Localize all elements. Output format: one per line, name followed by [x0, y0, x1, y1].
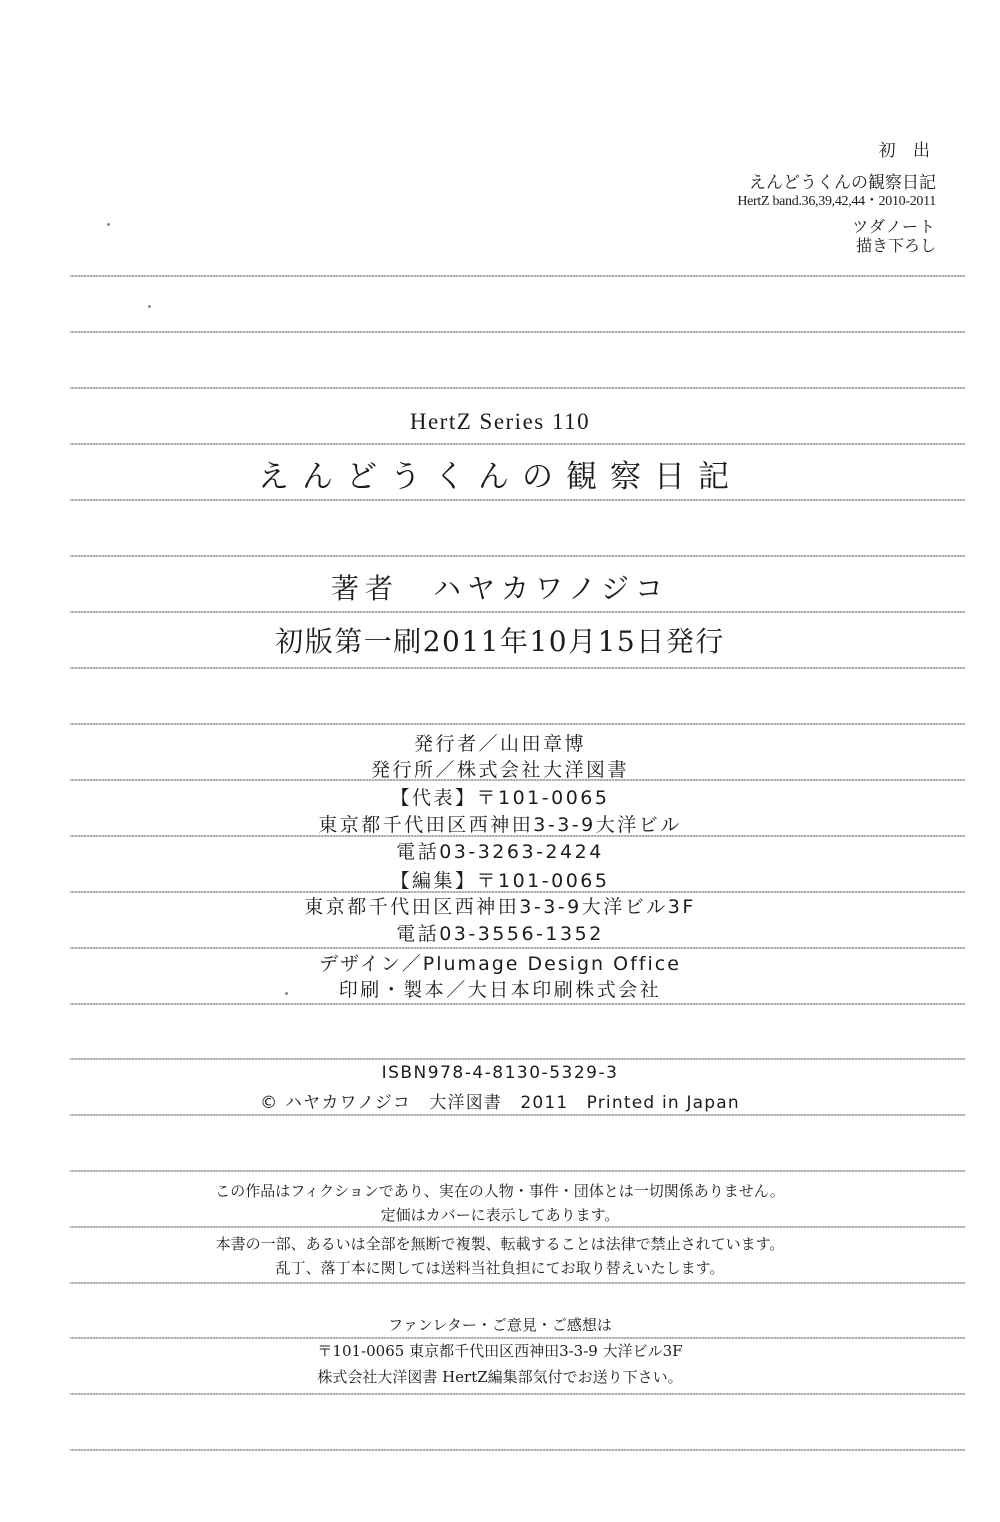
ruled-line	[70, 667, 965, 669]
fan-letter-recipient: 株式会社大洋図書 HertZ編集部気付でお送り下さい。	[0, 1366, 1000, 1387]
ruled-line	[70, 443, 965, 445]
ruled-line	[70, 1226, 965, 1228]
price-notice: 定価はカバーに表示してあります。	[0, 1204, 1000, 1225]
fan-letter-address: 〒101-0065 東京都千代田区西神田3-3-9 大洋ビル3F	[0, 1340, 1000, 1361]
editorial-phone: 電話03-3556-1352	[0, 919, 1000, 946]
defect-replacement-notice: 乱丁、落丁本に関しては送料当社負担にてお取り替えいたします。	[0, 1257, 1000, 1278]
printing-credit: 印刷・製本／大日本印刷株式会社	[0, 975, 1000, 1002]
publisher: 発行者／山田章博	[0, 729, 1000, 756]
ruled-line	[70, 723, 965, 725]
book-title: えんどうくんの観察日記	[0, 451, 1000, 496]
copy-prohibition-notice: 本書の一部、あるいは全部を無断で複製、転載することは法律で禁止されています。	[0, 1233, 1000, 1254]
representative-phone: 電話03-3263-2424	[0, 837, 1000, 864]
first-publication-extra-note: 描き下ろし	[856, 233, 936, 256]
fiction-notice: この作品はフィクションであり、実在の人物・事件・団体とは一切関係ありません。	[0, 1180, 1000, 1201]
publishing-house: 発行所／株式会社大洋図書	[0, 755, 1000, 782]
edition-date: 初版第一刷2011年10月15日発行	[0, 620, 1000, 660]
ruled-line	[70, 1003, 965, 1005]
ruled-line	[70, 1449, 965, 1451]
fan-letter-heading: ファンレター・ご意見・ご感想は	[0, 1314, 1000, 1335]
ruled-line	[70, 1337, 965, 1339]
first-publication-heading: 初 出	[879, 136, 936, 161]
author: 著者 ハヤカワノジコ	[0, 567, 1000, 607]
ruled-line	[70, 555, 965, 557]
ruled-line	[70, 611, 965, 613]
ruled-line	[70, 1170, 965, 1172]
representative-address: 東京都千代田区西神田3-3-9大洋ビル	[0, 810, 1000, 837]
ruled-line	[70, 1114, 965, 1116]
editorial-postal: 【編集】〒101-0065	[0, 866, 1000, 893]
scan-speck	[148, 305, 151, 308]
ruled-line	[70, 499, 965, 501]
ruled-line	[70, 275, 965, 277]
design-credit: デザイン／Plumage Design Office	[0, 949, 1000, 976]
ruled-line	[70, 1282, 965, 1284]
ruled-line	[70, 1058, 965, 1060]
representative-postal: 【代表】〒101-0065	[0, 783, 1000, 810]
copyright: © ハヤカワノジコ 大洋図書 2011 Printed in Japan	[0, 1088, 1000, 1113]
ruled-line	[70, 331, 965, 333]
editorial-address: 東京都千代田区西神田3-3-9大洋ビル3F	[0, 892, 1000, 919]
ruled-line	[70, 387, 965, 389]
first-publication-magazine: HertZ band.36,39,42,44・2010-2011	[737, 190, 936, 210]
ruled-line	[70, 1393, 965, 1395]
series-name: HertZ Series 110	[0, 409, 1000, 435]
scan-speck	[107, 223, 110, 226]
isbn: ISBN978-4-8130-5329-3	[0, 1063, 1000, 1083]
